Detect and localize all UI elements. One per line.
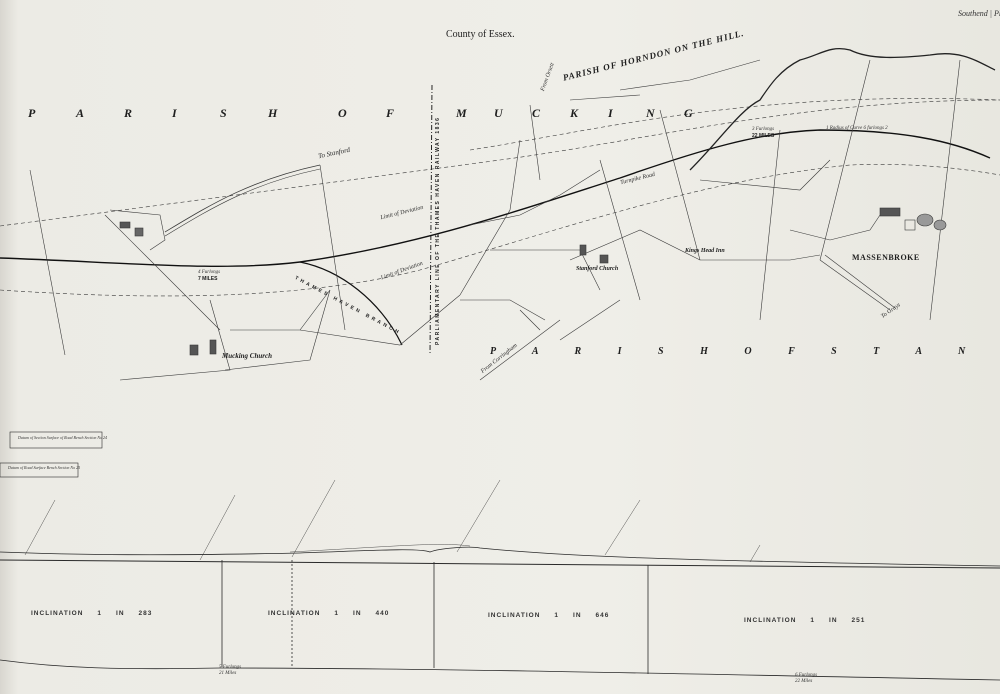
profile-right-furlongs: 6 Furlongs bbox=[795, 673, 817, 678]
mile-22-furlongs: 3 Furlongs bbox=[752, 127, 774, 132]
mile-7-furlongs: 4 Furlongs bbox=[198, 270, 220, 275]
massenbroke-label: MASSENBROKE bbox=[852, 254, 920, 262]
sheet-reference: Southend | Pl. bbox=[958, 10, 1000, 18]
profile-right-miles: 22 Miles bbox=[795, 679, 812, 684]
inclination-3: INCLINATION1IN646 bbox=[488, 613, 623, 620]
inclination-2: INCLINATION1IN440 bbox=[268, 611, 403, 618]
kings-head-label: Kings Head Inn bbox=[685, 248, 725, 254]
map-sheet: County of Essex. Southend | Pl. PARISHOF… bbox=[0, 0, 1000, 694]
profile-mid-furlongs: 5 Furlongs bbox=[219, 665, 241, 670]
datum-section-2: Datum of Road Surface Bench Section No 2… bbox=[8, 466, 80, 470]
stanford-church-label: Stanford Church bbox=[576, 266, 618, 272]
parliamentary-line-label: PARLIAMENTARY LINE OF THE THAMES HAVEN R… bbox=[436, 117, 441, 345]
datum-section-1: Datum of Section Surface of Road Bench S… bbox=[18, 436, 107, 440]
mile-22-label: 22 MILES bbox=[752, 134, 774, 139]
curve-radius-note: 1 Radius of Curve 6 furlongs 2 bbox=[826, 126, 888, 131]
mile-7-label: 7 MILES bbox=[198, 277, 217, 282]
profile-mid-miles: 21 Miles bbox=[219, 671, 236, 676]
inclination-1: INCLINATION1IN283 bbox=[31, 611, 166, 618]
parish-stanford-label: P A R I S H O F S T A N F O R D L E H O … bbox=[490, 347, 1000, 357]
mucking-church-label: Mucking Church bbox=[222, 353, 272, 360]
inclination-4: INCLINATION1IN251 bbox=[744, 618, 879, 625]
county-title: County of Essex. bbox=[446, 30, 515, 40]
parish-mucking-label: PARISHOFMUCKING bbox=[28, 107, 693, 119]
